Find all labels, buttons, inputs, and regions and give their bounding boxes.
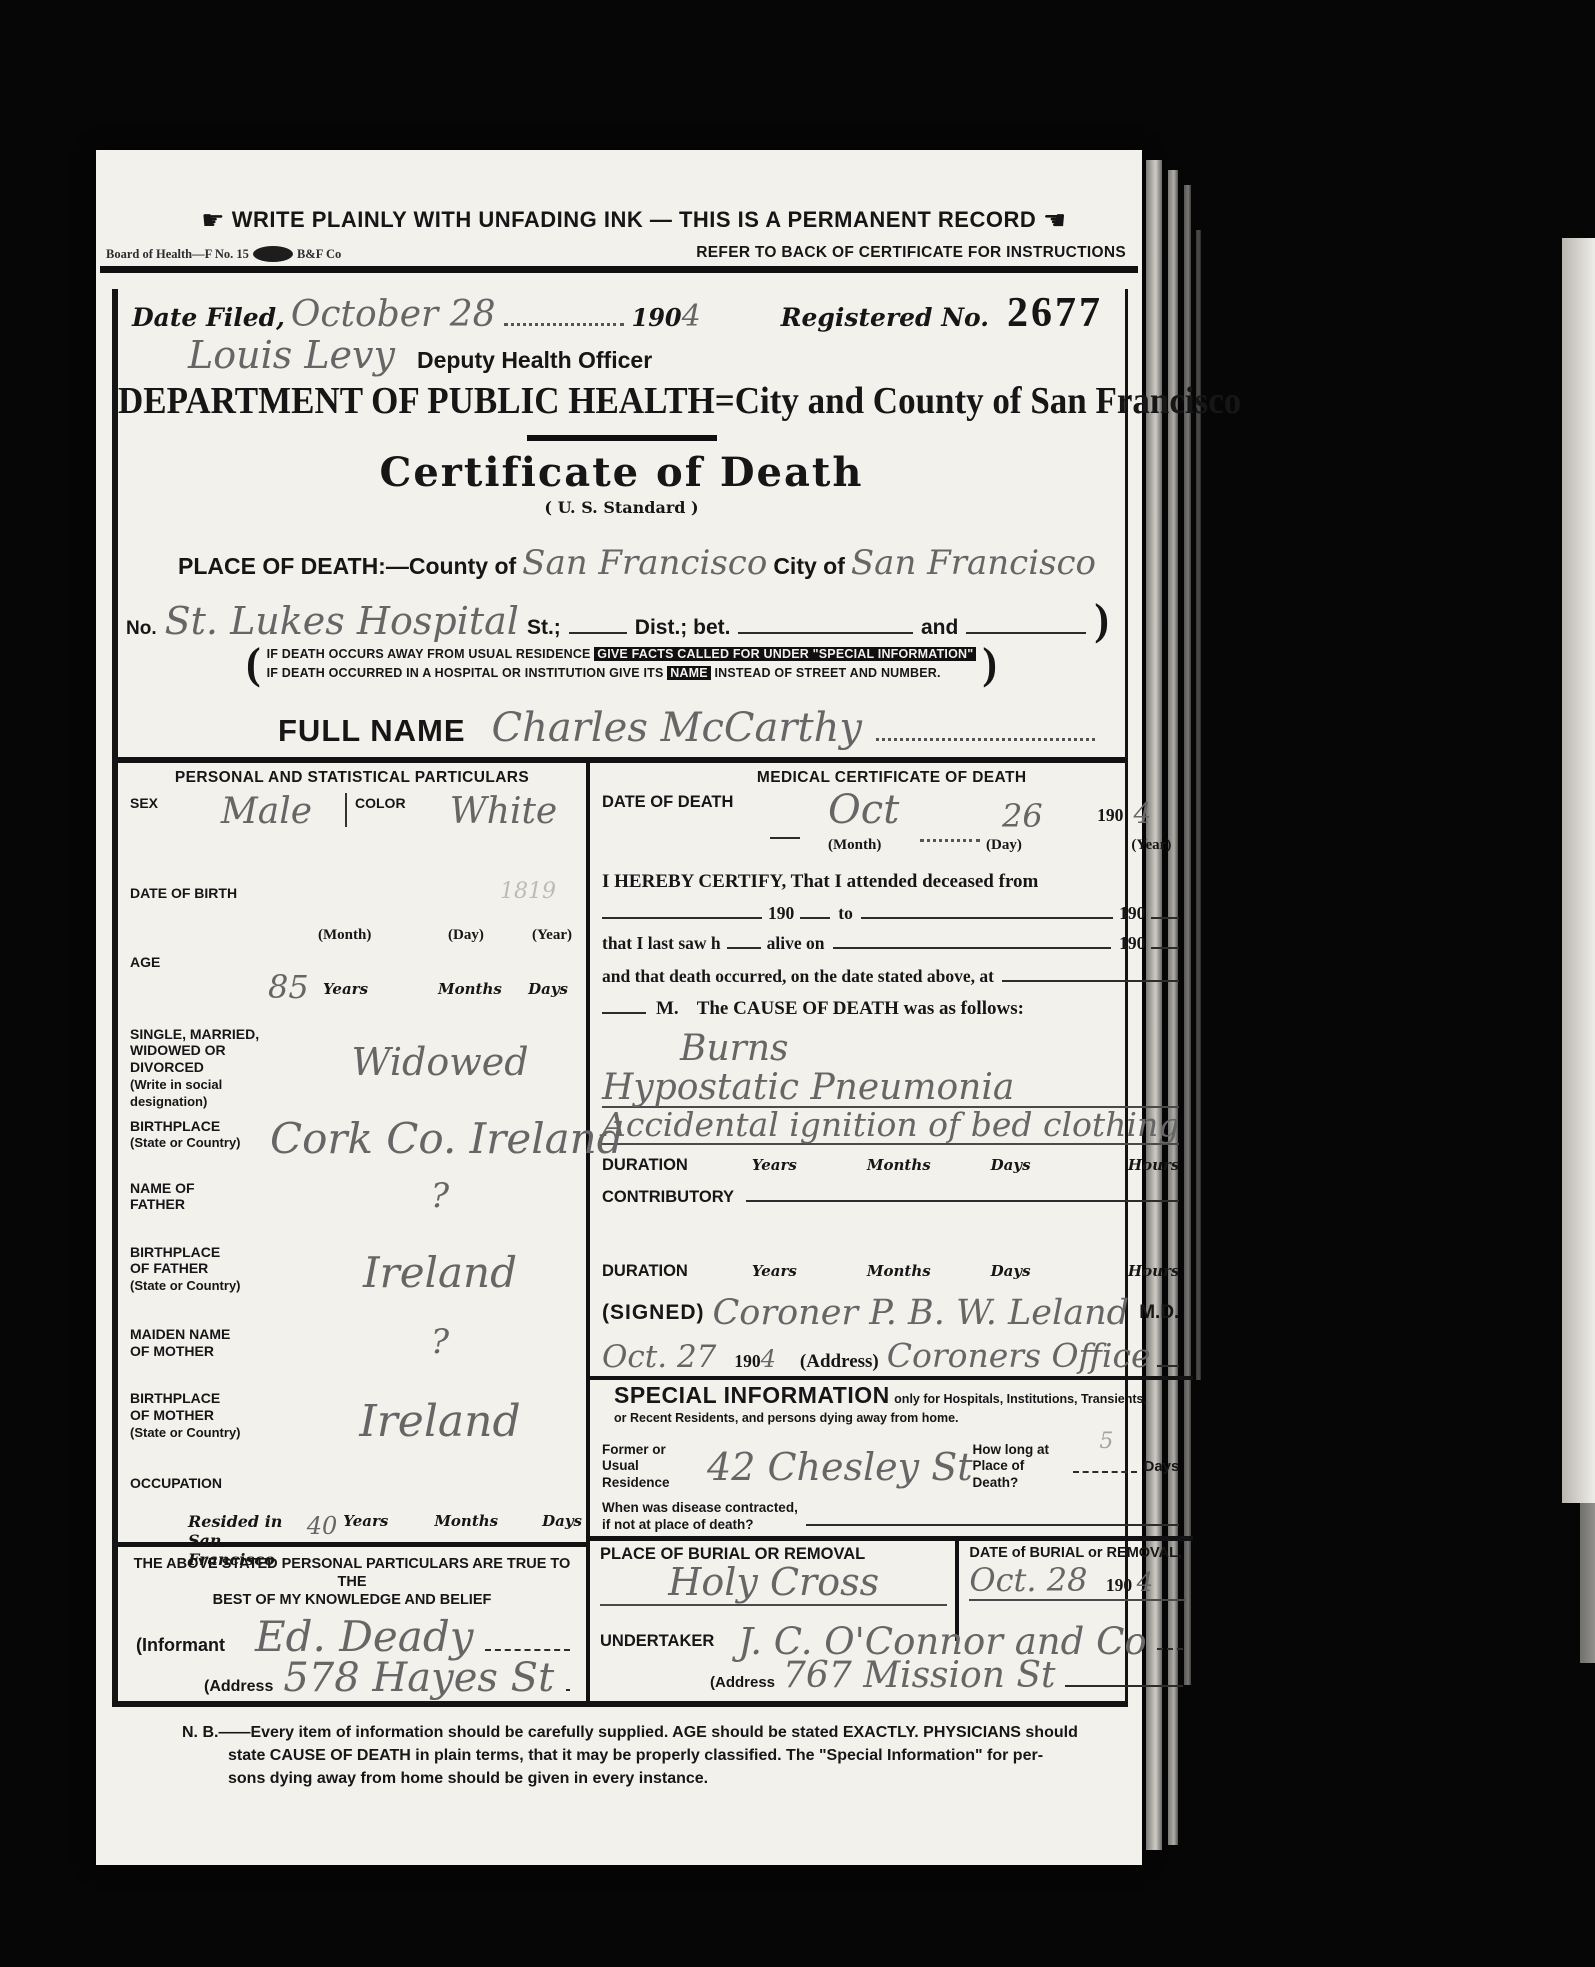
sex-value: Male bbox=[188, 791, 345, 832]
city-value: San Francisco bbox=[851, 543, 1096, 583]
mother-birthplace-label: BIRTHPLACE OF MOTHER (State or Country) bbox=[130, 1386, 298, 1440]
father-name-value: ? bbox=[298, 1176, 582, 1216]
father-name-label: NAME OF FATHER bbox=[130, 1176, 298, 1214]
county-value: San Francisco bbox=[522, 543, 767, 583]
signed-address-label: (Address) bbox=[800, 1351, 879, 1373]
disease-contracted-label: When was disease contracted, if not at p… bbox=[602, 1500, 798, 1532]
st-label: St.; bbox=[527, 616, 561, 640]
pointing-hand-right-icon: ☛ bbox=[201, 206, 225, 236]
imprint-row: Board of Health—F No. 15 B&F Co REFER TO… bbox=[106, 244, 1126, 262]
refer-instruction: REFER TO BACK OF CERTIFICATE FOR INSTRUC… bbox=[696, 244, 1126, 262]
institution-value: St. Lukes Hospital bbox=[165, 599, 519, 643]
death-year-value: 4 bbox=[1134, 797, 1152, 830]
undertaker-rows: UNDERTAKER J. C. O'Connor and Co (Addres… bbox=[590, 1646, 1193, 1701]
to-label: to bbox=[838, 903, 853, 924]
blank-line bbox=[746, 1184, 1179, 1202]
warning-text: WRITE PLAINLY WITH UNFADING INK — THIS I… bbox=[232, 207, 1037, 232]
blank-line bbox=[566, 1673, 570, 1691]
footer-note: N. B.——Every item of information should … bbox=[182, 1721, 1102, 1791]
blank-line bbox=[1002, 964, 1179, 982]
special-info-title: SPECIAL INFORMATION bbox=[614, 1382, 890, 1408]
warning-banner: ☛ WRITE PLAINLY WITH UNFADING INK — THIS… bbox=[96, 150, 1142, 236]
days-unit-label: Days bbox=[1143, 1458, 1179, 1475]
howlong-l2: Place of Death? bbox=[973, 1458, 1025, 1489]
medical-header: MEDICAL CERTIFICATE OF DEATH bbox=[590, 763, 1193, 787]
printer-stamp-icon bbox=[253, 246, 293, 262]
death-day-value: 26 bbox=[1002, 797, 1043, 835]
department-title: DEPARTMENT OF PUBLIC HEALTH=City and Cou… bbox=[118, 379, 1125, 422]
contributory-label: CONTRIBUTORY bbox=[602, 1188, 734, 1207]
death-month-value: Oct bbox=[828, 787, 899, 833]
informant-value: Ed. Deady bbox=[255, 1612, 473, 1661]
burial-date-line: Oct. 28 190 4 bbox=[969, 1561, 1185, 1601]
death-year-hint: (Year) bbox=[1131, 837, 1171, 854]
date-of-birth-label: DATE OF BIRTH bbox=[130, 881, 298, 902]
contributory-row: CONTRIBUTORY bbox=[590, 1184, 1193, 1222]
father-name-row: NAME OF FATHER ? bbox=[118, 1172, 586, 1236]
how-long-label: How long at Place of Death? bbox=[973, 1442, 1066, 1491]
mother-l2: OF MOTHER bbox=[130, 1343, 214, 1359]
informant-row: (Informant Ed. Deady bbox=[136, 1612, 570, 1661]
date-of-birth-row: DATE OF BIRTH (Month) (Day) (Year) 1819 bbox=[118, 877, 586, 947]
marital-l2: WIDOWED OR DIVORCED bbox=[130, 1042, 226, 1075]
date-of-death-row: DATE OF DEATH Oct (Month) 26 (Day) 190 4… bbox=[590, 787, 1193, 871]
residence-note: ( IF DEATH OCCURS AWAY FROM USUAL RESIDE… bbox=[118, 645, 1125, 683]
blank-line bbox=[1065, 1669, 1183, 1687]
father-birthplace-row: BIRTHPLACE OF FATHER (State or Country) … bbox=[118, 1236, 586, 1319]
day-hint: (Day) bbox=[448, 927, 484, 944]
certificate-outer-box: Date Filed, October 28 190 4 Registered … bbox=[112, 289, 1128, 1707]
signed-date-row: Oct. 27 190 4 (Address) Coroners Office bbox=[590, 1336, 1193, 1372]
sex-label: SEX bbox=[130, 791, 188, 812]
blank-line bbox=[602, 901, 762, 919]
mother-name-value: ? bbox=[298, 1322, 582, 1362]
duration-days: Days bbox=[991, 1156, 1031, 1174]
full-name-row: FULL NAME Charles McCarthy bbox=[278, 705, 1095, 751]
blank-line bbox=[1157, 1349, 1180, 1367]
blank-line bbox=[800, 901, 830, 919]
blank-line bbox=[770, 821, 800, 839]
blank-line bbox=[602, 996, 646, 1014]
bp-l2: (State or Country) bbox=[130, 1135, 241, 1150]
blank-line bbox=[876, 722, 1095, 741]
duration2-label: DURATION bbox=[602, 1262, 688, 1281]
birthplace-value: Cork Co. Ireland bbox=[270, 1114, 624, 1163]
blank-line bbox=[833, 931, 1112, 949]
cause-label: The CAUSE OF DEATH was as follows: bbox=[697, 998, 1024, 1020]
full-name-label: FULL NAME bbox=[278, 713, 466, 749]
age-value: 85 bbox=[268, 968, 309, 1006]
burial-year-printed: 190 bbox=[1106, 1575, 1132, 1595]
signed-year-printed: 190 bbox=[734, 1351, 760, 1372]
mother-name-row: MAIDEN NAME OF MOTHER ? bbox=[118, 1318, 586, 1382]
duration-row-1: DURATION Years Months Days Hours bbox=[590, 1156, 1193, 1184]
undertaker-address-label: (Address bbox=[710, 1674, 775, 1691]
top-rule bbox=[100, 266, 1138, 273]
marital-label: SINGLE, MARRIED, WIDOWED OR DIVORCED (Wr… bbox=[130, 1022, 298, 1110]
signed-value: Coroner P. B. W. Leland bbox=[713, 1293, 1130, 1333]
blank-line bbox=[1073, 1455, 1137, 1473]
cause-line-1: Burns bbox=[590, 1028, 1193, 1069]
marital-l3: (Write in social designation) bbox=[130, 1077, 222, 1109]
undertaker-label: UNDERTAKER bbox=[600, 1632, 714, 1651]
howlong-l1: How long at bbox=[973, 1442, 1050, 1457]
date-filed-row: Date Filed, October 28 190 4 Registered … bbox=[132, 289, 1103, 337]
cause-line-2: Hypostatic Pneumonia bbox=[602, 1069, 1179, 1109]
blank-line bbox=[920, 823, 980, 842]
color-label: COLOR bbox=[347, 791, 425, 812]
affirm-l2: BEST OF MY KNOWLEDGE AND BELIEF bbox=[213, 1592, 492, 1608]
sex-color-row: SEX Male COLOR White bbox=[118, 787, 586, 877]
duration2-hours: Hours bbox=[1128, 1262, 1179, 1280]
pointing-hand-left-icon: ☚ bbox=[1043, 206, 1067, 236]
personal-header: PERSONAL AND STATISTICAL PARTICULARS bbox=[118, 763, 586, 787]
special-info-header: SPECIAL INFORMATION only for Hospitals, … bbox=[590, 1380, 1193, 1434]
note2-post: INSTEAD OF STREET AND NUMBER. bbox=[715, 666, 941, 680]
burial-date-label: DATE of BURIAL or REMOVAL, bbox=[969, 1545, 1185, 1561]
registered-no-value: 2677 bbox=[1007, 289, 1103, 337]
footer-line-3: sons dying away from home should be give… bbox=[228, 1767, 1102, 1790]
month-hint: (Month) bbox=[318, 927, 371, 944]
signed-date-value: Oct. 27 bbox=[602, 1339, 716, 1375]
place-of-death-row: PLACE OF DEATH:—County of San Francisco … bbox=[178, 543, 1101, 583]
and-label: and bbox=[921, 616, 958, 640]
officer-row: Louis Levy Deputy Health Officer bbox=[188, 333, 1125, 377]
date-filed-label: Date Filed, bbox=[132, 303, 285, 332]
city-label: City of bbox=[773, 553, 845, 580]
signed-label: (SIGNED) bbox=[602, 1301, 705, 1325]
contracted-l1: When was disease contracted, bbox=[602, 1500, 798, 1515]
blank-line bbox=[1157, 1632, 1184, 1650]
fbp-l3: (State or Country) bbox=[130, 1278, 241, 1293]
days-unit: Days bbox=[528, 980, 568, 998]
fbp-l1: BIRTHPLACE bbox=[130, 1244, 220, 1260]
certify-text: I HEREBY CERTIFY, That I attended deceas… bbox=[602, 871, 1038, 893]
contracted-l2: if not at place of death? bbox=[602, 1517, 754, 1532]
certificate-title: Certificate of Death bbox=[118, 449, 1125, 496]
md-label: M.D. bbox=[1139, 1302, 1179, 1324]
year-handwritten: 4 bbox=[682, 299, 701, 334]
particulars-columns: PERSONAL AND STATISTICAL PARTICULARS SEX… bbox=[118, 757, 1125, 1701]
undertaker-address-value: 767 Mission St bbox=[783, 1655, 1055, 1696]
resided-years-unit: Years bbox=[343, 1512, 388, 1530]
father-l2: FATHER bbox=[130, 1196, 185, 1212]
note1-pre: IF DEATH OCCURS AWAY FROM USUAL RESIDENC… bbox=[267, 647, 591, 661]
open-paren: ( bbox=[246, 646, 261, 681]
death-month-hint: (Month) bbox=[828, 837, 881, 854]
burial-place-line: Holy Cross bbox=[600, 1560, 947, 1606]
footer-line-2: state CAUSE OF DEATH in plain terms, tha… bbox=[228, 1744, 1102, 1767]
note2-pre: IF DEATH OCCURRED IN A HOSPITAL OR INSTI… bbox=[267, 666, 664, 680]
signed-row: (SIGNED) Coroner P. B. W. Leland M.D. bbox=[590, 1290, 1193, 1336]
certify-line-2: 190 to 190 bbox=[590, 901, 1193, 931]
marital-l1: SINGLE, MARRIED, bbox=[130, 1026, 259, 1042]
occupation-label: OCCUPATION bbox=[130, 1471, 298, 1492]
duration-hours: Hours bbox=[1128, 1156, 1179, 1174]
age-label: AGE bbox=[130, 950, 220, 971]
duration2-days: Days bbox=[991, 1262, 1031, 1280]
birth-year-faint: 1819 bbox=[500, 879, 556, 904]
certify-line-1: I HEREBY CERTIFY, That I attended deceas… bbox=[590, 871, 1193, 901]
mother-birthplace-value: Ireland bbox=[298, 1386, 582, 1447]
special-info-sub1: only for Hospitals, Institutions, Transi… bbox=[894, 1392, 1147, 1406]
officer-signature: Louis Levy bbox=[188, 333, 395, 377]
scanned-register-photo: { "page": { "warning": "WRITE PLAINLY WI… bbox=[0, 0, 1595, 1967]
year-hint: (Year) bbox=[532, 927, 572, 944]
informant-address-value: 578 Hayes St bbox=[283, 1655, 554, 1701]
marital-row: SINGLE, MARRIED, WIDOWED OR DIVORCED (Wr… bbox=[118, 1018, 586, 1110]
signed-year-value: 4 bbox=[761, 1345, 776, 1373]
note-lines: IF DEATH OCCURS AWAY FROM USUAL RESIDENC… bbox=[267, 645, 977, 683]
spacer bbox=[590, 1222, 1193, 1262]
blank-line bbox=[966, 616, 1086, 634]
duration2-years: Years bbox=[752, 1262, 797, 1280]
cause-2: Hypostatic Pneumonia bbox=[602, 1067, 1014, 1108]
occupation-row: OCCUPATION bbox=[118, 1467, 586, 1508]
blank-line bbox=[738, 616, 913, 634]
date-filed-value: October 28 bbox=[291, 294, 496, 335]
dist-label: Dist.; bet. bbox=[635, 616, 731, 640]
book-right-page-sliver bbox=[1562, 238, 1595, 1503]
full-name-value: Charles McCarthy bbox=[492, 705, 862, 751]
birthplace-row: BIRTHPLACE (State or Country) Cork Co. I… bbox=[118, 1110, 586, 1172]
divider-rule bbox=[527, 435, 717, 441]
registered-no-label: Registered No. bbox=[781, 303, 989, 332]
resided-days-unit: Days bbox=[542, 1512, 582, 1530]
father-l1: NAME OF bbox=[130, 1180, 195, 1196]
burial-section: PLACE OF BURIAL OR REMOVAL Holy Cross DA… bbox=[590, 1536, 1193, 1701]
how-long-value: 5 bbox=[1099, 1429, 1113, 1454]
mother-birthplace-row: BIRTHPLACE OF MOTHER (State or Country) … bbox=[118, 1382, 586, 1467]
blank-line bbox=[1151, 931, 1179, 949]
how-long-value-group: 5 bbox=[1073, 1455, 1137, 1478]
date-of-death-label: DATE OF DEATH bbox=[602, 793, 733, 812]
burial-year-value: 4 bbox=[1137, 1568, 1154, 1598]
cause-of-death-block: Burns Hypostatic Pneumonia Accidental ig… bbox=[590, 1028, 1193, 1156]
imprint-text: Board of Health—F No. 15 bbox=[106, 247, 249, 262]
certify-line-3: that I last saw h alive on 190 bbox=[590, 931, 1193, 964]
resided-value: 40 bbox=[307, 1512, 338, 1540]
former-residence-label: Former or Usual Residence bbox=[602, 1442, 701, 1491]
footer-line-1: N. B.——Every item of information should … bbox=[182, 1721, 1102, 1744]
no-label: No. bbox=[126, 618, 157, 640]
special-info-sub2: or Recent Residents, and persons dying a… bbox=[614, 1411, 959, 1425]
duration2-months: Months bbox=[867, 1262, 931, 1280]
months-unit: Months bbox=[438, 980, 502, 998]
blank-line bbox=[727, 931, 761, 949]
death-year-printed: 190 bbox=[1097, 805, 1123, 826]
note2-highlight: NAME bbox=[667, 666, 711, 680]
informant-label: (Informant bbox=[136, 1635, 225, 1656]
close-paren-2: ) bbox=[982, 646, 997, 681]
cause-1: Burns bbox=[680, 1028, 789, 1069]
bp-l1: BIRTHPLACE bbox=[130, 1118, 220, 1134]
duration-years: Years bbox=[752, 1156, 797, 1174]
fbp-l2: OF FATHER bbox=[130, 1260, 208, 1276]
officer-title: Deputy Health Officer bbox=[417, 347, 652, 374]
burial-date-value: Oct. 28 bbox=[969, 1561, 1087, 1599]
book-right-page-sliver bbox=[1580, 1503, 1595, 1663]
resided-row: Resided in San Francisco 40 Years Months… bbox=[118, 1508, 586, 1542]
y190c: 190 bbox=[1119, 933, 1145, 954]
duration-row-2: DURATION Years Months Days Hours bbox=[590, 1262, 1193, 1290]
resided-months-unit: Months bbox=[434, 1512, 498, 1530]
personal-column: PERSONAL AND STATISTICAL PARTICULARS SEX… bbox=[118, 763, 590, 1701]
death-day-hint: (Day) bbox=[986, 837, 1022, 854]
former-l1: Former or bbox=[602, 1442, 666, 1457]
blank-line bbox=[504, 307, 624, 326]
form-imprint: Board of Health—F No. 15 B&F Co bbox=[106, 246, 341, 262]
place-of-death-label: PLACE OF DEATH:—County of bbox=[178, 553, 516, 580]
certificate-page: ☛ WRITE PLAINLY WITH UNFADING INK — THIS… bbox=[96, 150, 1142, 1865]
former-residence-value: 42 Chesley St bbox=[707, 1445, 972, 1489]
close-paren: ) bbox=[1094, 602, 1109, 637]
lastsaw-mid: alive on bbox=[767, 933, 825, 954]
resided-label: Resided in San Francisco bbox=[188, 1512, 297, 1569]
y190b: 190 bbox=[1119, 903, 1145, 924]
note1-highlight: GIVE FACTS CALLED FOR UNDER "SPECIAL INF… bbox=[594, 647, 976, 661]
mbp-l1: BIRTHPLACE bbox=[130, 1390, 220, 1406]
color-value: White bbox=[425, 791, 582, 832]
informant-address-label: (Address bbox=[204, 1678, 273, 1696]
father-birthplace-label: BIRTHPLACE OF FATHER (State or Country) bbox=[130, 1240, 298, 1294]
informant-address-row: (Address 578 Hayes St bbox=[204, 1655, 570, 1701]
us-standard-note: ( U. S. Standard ) bbox=[118, 498, 1125, 517]
blank-line bbox=[1151, 901, 1179, 919]
imprint-text-2: B&F Co bbox=[297, 247, 341, 262]
birthplace-label: BIRTHPLACE (State or Country) bbox=[130, 1114, 270, 1152]
disease-contracted-row: When was disease contracted, if not at p… bbox=[590, 1500, 1193, 1534]
burial-place-value: Holy Cross bbox=[668, 1560, 879, 1604]
institution-row: No. St. Lukes Hospital St.; Dist.; bet. … bbox=[126, 599, 1109, 643]
mother-name-label: MAIDEN NAME OF MOTHER bbox=[130, 1322, 298, 1360]
cause-heading-row: M. The CAUSE OF DEATH was as follows: bbox=[590, 996, 1193, 1028]
registered-no-group: Registered No. 2677 bbox=[781, 289, 1103, 337]
medical-column: MEDICAL CERTIFICATE OF DEATH DATE OF DEA… bbox=[590, 763, 1193, 1701]
age-row: AGE 85 Years Months Days bbox=[118, 946, 586, 1017]
mbp-l2: OF MOTHER bbox=[130, 1407, 214, 1423]
y190a: 190 bbox=[768, 903, 794, 924]
marital-value: Widowed bbox=[298, 1022, 582, 1084]
father-birthplace-value: Ireland bbox=[298, 1240, 582, 1297]
occurred-text: and that death occurred, on the date sta… bbox=[602, 966, 994, 987]
blank-line bbox=[861, 901, 1113, 919]
signed-address-value: Coroners Office bbox=[887, 1336, 1151, 1375]
cause-3: Accidental ignition of bed clothing bbox=[602, 1105, 1179, 1144]
year-printed: 190 bbox=[632, 303, 682, 332]
former-l2: Usual Residence bbox=[602, 1458, 670, 1489]
mbp-l3: (State or Country) bbox=[130, 1425, 241, 1440]
certify-line-4: and that death occurred, on the date sta… bbox=[590, 964, 1193, 996]
duration-months: Months bbox=[867, 1156, 931, 1174]
lastsaw-pre: that I last saw h bbox=[602, 933, 721, 954]
blank-line bbox=[569, 616, 627, 634]
mother-l1: MAIDEN NAME bbox=[130, 1326, 230, 1342]
m-label: M. bbox=[656, 998, 679, 1020]
cause-line-3: Accidental ignition of bed clothing bbox=[602, 1108, 1179, 1145]
blank-line bbox=[806, 1508, 1180, 1526]
years-unit: Years bbox=[323, 980, 368, 998]
blank-line bbox=[485, 1633, 570, 1651]
former-residence-row: Former or Usual Residence 42 Chesley St … bbox=[590, 1434, 1193, 1500]
